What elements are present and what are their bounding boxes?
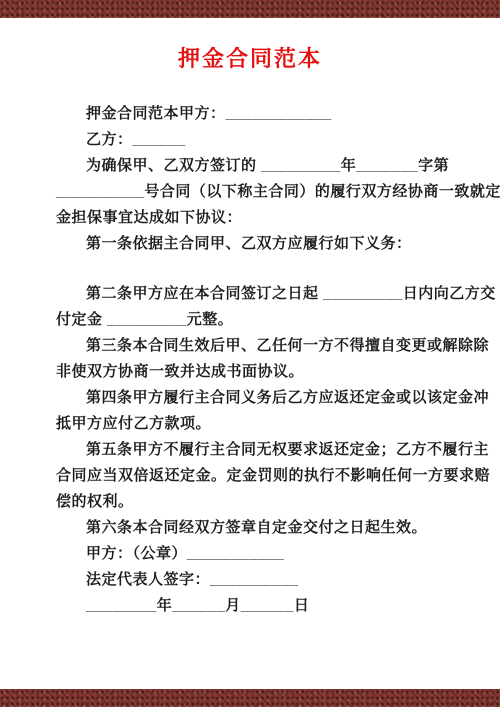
document-title: 押金合同范本 [0, 44, 500, 74]
doc-line-clause-4: 第四条甲方履行主合同义务后乙方应返还定金或以该定金冲 [56, 385, 444, 411]
doc-line-clause-3: 第三条本合同生效后甲、乙任何一方不得擅自变更或解除除 [56, 333, 444, 359]
decorative-border-bottom [0, 689, 500, 707]
doc-line-seal: 甲方：（公章）___________ [56, 541, 444, 567]
doc-line: 合同应当双倍返还定金。定金罚则的执行不影响任何一方要求赔 [56, 463, 444, 489]
doc-line-party-a: 押金合同范本甲方：____________ [56, 101, 444, 127]
doc-line-clause-2: 第二条甲方应在本合同签订之日起 _________日内向乙方交 [56, 281, 444, 307]
doc-line-signature: 法定代表人签字：__________ [56, 567, 444, 593]
doc-line-clause-5: 第五条甲方不履行主合同无权要求返还定金；乙方不履行主 [56, 437, 444, 463]
doc-line: 付定金 _________元整。 [56, 307, 444, 333]
doc-line: 金担保事宜达成如下协议： [56, 205, 444, 231]
doc-line: 偿的权利。 [56, 489, 444, 515]
blank-line [56, 257, 444, 281]
doc-line: 抵甲方应付乙方款项。 [56, 411, 444, 437]
doc-line: 非使双方协商一致并达成书面协议。 [56, 359, 444, 385]
doc-line-date: ________年______月______日 [56, 593, 444, 619]
doc-line: 为确保甲、乙双方签订的 _________年_______字第 [56, 153, 444, 179]
doc-line-clause-1: 第一条依据主合同甲、乙双方应履行如下义务： [56, 231, 444, 257]
decorative-border-top [0, 0, 500, 18]
document-body: 押金合同范本甲方：____________ 乙方：______ 为确保甲、乙双方… [56, 101, 444, 619]
doc-line-clause-6: 第六条本合同经双方签章自定金交付之日起生效。 [56, 515, 444, 541]
doc-line-party-b: 乙方：______ [56, 127, 444, 153]
doc-line: __________号合同（以下称主合同）的履行双方经协商一致就定 [56, 179, 444, 205]
contract-page: 押金合同范本 押金合同范本甲方：____________ 乙方：______ 为… [0, 0, 500, 707]
